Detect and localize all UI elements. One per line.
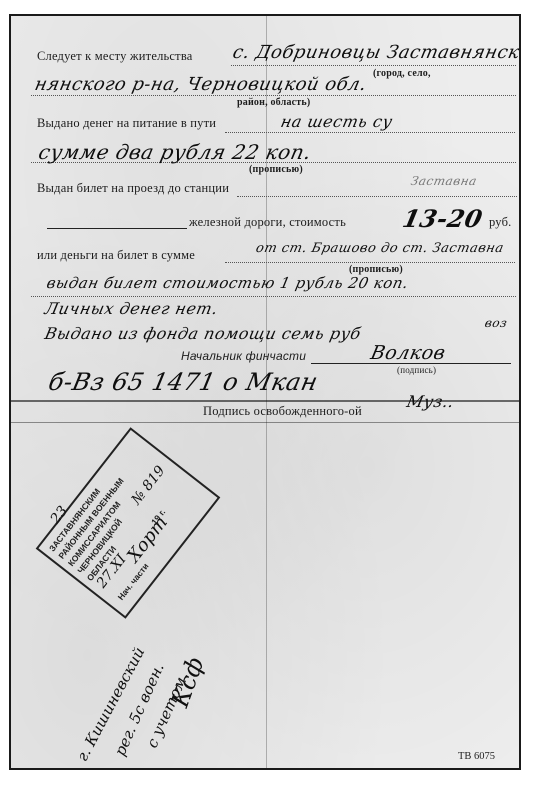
stamp-signature: Хорт [123, 512, 172, 566]
label-ticket-money: или деньги на билет в сумме [37, 248, 195, 263]
hint-in-words-1: (прописью) [249, 164, 303, 175]
fin-chief-signature: Волков [369, 342, 448, 364]
form-code: ТВ 6075 [458, 751, 495, 762]
handwritten-ticket-money-2: выдан билет стоимостью 1 рубль 20 коп. [45, 274, 410, 292]
fill-line [31, 296, 516, 297]
label-rub: руб. [489, 215, 511, 230]
fill-line [47, 228, 187, 229]
handwritten-aid-fund-suffix: воз [484, 316, 509, 330]
margin-signature: Ксф [166, 653, 210, 710]
fill-line [225, 132, 515, 133]
handwritten-station: Заставна [410, 174, 479, 188]
label-residence: Следует к месту жительства [37, 49, 193, 64]
document-sheet: Следует к месту жительства с. Добриновцы… [9, 14, 521, 770]
label-released-signature: Подпись освобожденного-ой [203, 404, 362, 419]
label-railway-cost: железной дороги, стоимость [189, 215, 346, 230]
hint-city-village: (город, село, [373, 68, 431, 79]
handwritten-cost: 13-20 [400, 204, 485, 233]
fill-line [31, 95, 516, 96]
handwritten-personal-money: Личных денег нет. [43, 299, 220, 318]
section-divider-lower [11, 422, 519, 423]
hint-signature: (подпись) [397, 365, 436, 375]
released-signature-scrawl: Муз.. [405, 392, 456, 411]
fill-line [225, 262, 515, 263]
handwritten-aid-fund: Выдано из фонда помощи семь руб [43, 324, 363, 343]
handwritten-document-number: б-Вз 65 1471 о Мкан [46, 368, 321, 396]
handwritten-food-money-1: на шесть су [279, 112, 395, 131]
fill-line [231, 65, 516, 66]
military-commissariat-stamp: ЗАСТАВНЯНСКИМ РАЙОННЫМ ВОЕННЫМ КОМИССАРИ… [36, 427, 221, 619]
stamp-note: № 819 [128, 463, 168, 508]
handwritten-food-money-2: сумме два рубля 22 коп. [36, 140, 313, 164]
handwritten-residence-2: нянского р-на, Черновицкой обл. [33, 74, 369, 95]
fill-line [237, 196, 517, 197]
label-fin-chief: Начальник финчасти [181, 349, 306, 363]
label-ticket-to: Выдан билет на проезд до станции [37, 181, 229, 196]
label-food-money: Выдано денег на питание в пути [37, 116, 216, 131]
hint-district-region: район, область) [237, 97, 310, 108]
handwritten-residence-1: с. Добриновцы Заставнянского [231, 42, 521, 63]
handwritten-ticket-money-1: от ст. Брашово до ст. Заставна [254, 241, 505, 256]
